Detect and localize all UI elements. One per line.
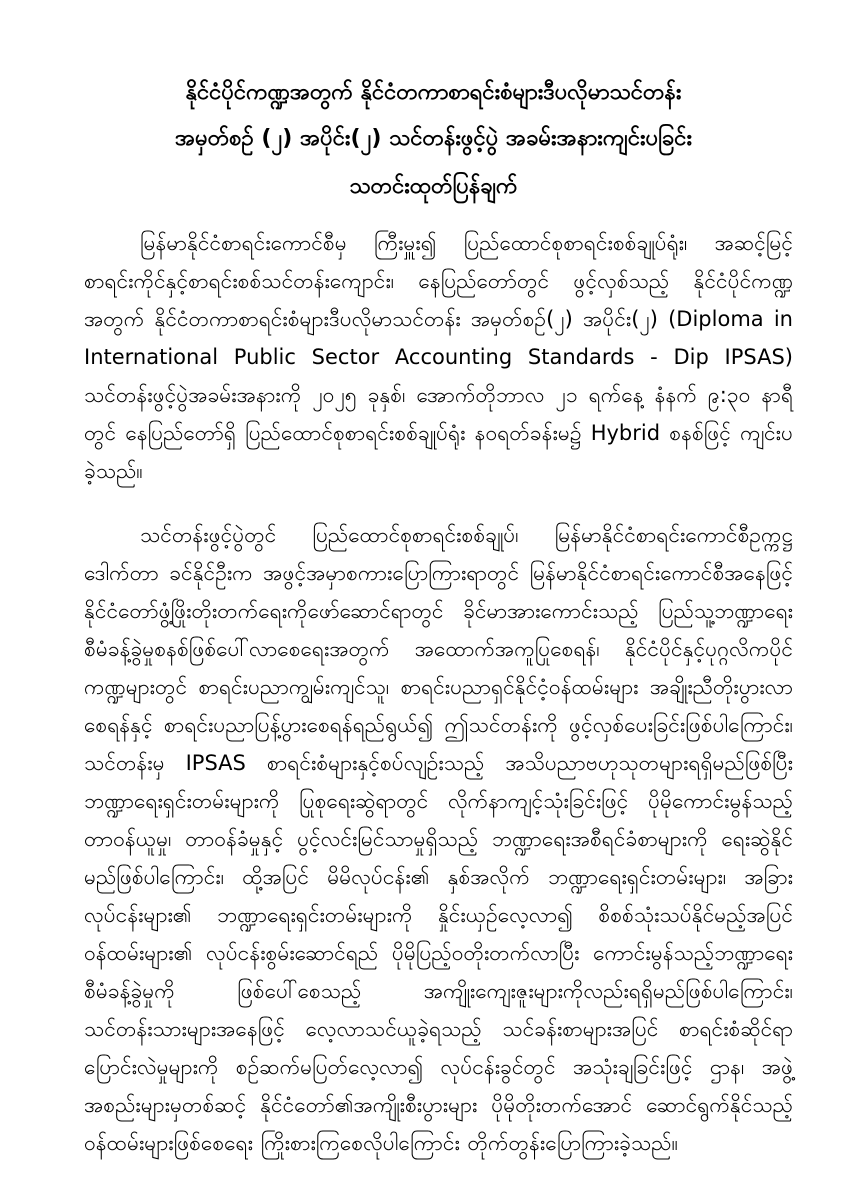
document-title: နိုင်ငံပိုင်ကဏ္ဍအတွက် နိုင်ငံတကာစာရင်းစံ… xyxy=(84,70,793,210)
paragraph-chairman-speech: သင်တန်းဖွင့်ပွဲတွင် ပြည်ထောင်စုစာရင်းစစ်… xyxy=(84,516,793,1162)
title-line-3: သတင်းထုတ်ပြန်ချက် xyxy=(84,164,783,210)
paragraph-opening-ceremony: မြန်မာနိုင်ငံစာရင်းကောင်စီမှ ကြီးမှူး၍ ပ… xyxy=(84,224,793,490)
title-line-1: နိုင်ငံပိုင်ကဏ္ဍအတွက် နိုင်ငံတကာစာရင်းစံ… xyxy=(84,70,783,116)
document-body: မြန်မာနိုင်ငံစာရင်းကောင်စီမှ ကြီးမှူး၍ ပ… xyxy=(84,224,793,1162)
title-line-2: အမှတ်စဉ် (၂) အပိုင်း(၂) သင်တန်းဖွင့်ပွဲ … xyxy=(84,116,783,162)
document-page: နိုင်ငံပိုင်ကဏ္ဍအတွက် နိုင်ငံတကာစာရင်းစံ… xyxy=(0,0,849,1200)
